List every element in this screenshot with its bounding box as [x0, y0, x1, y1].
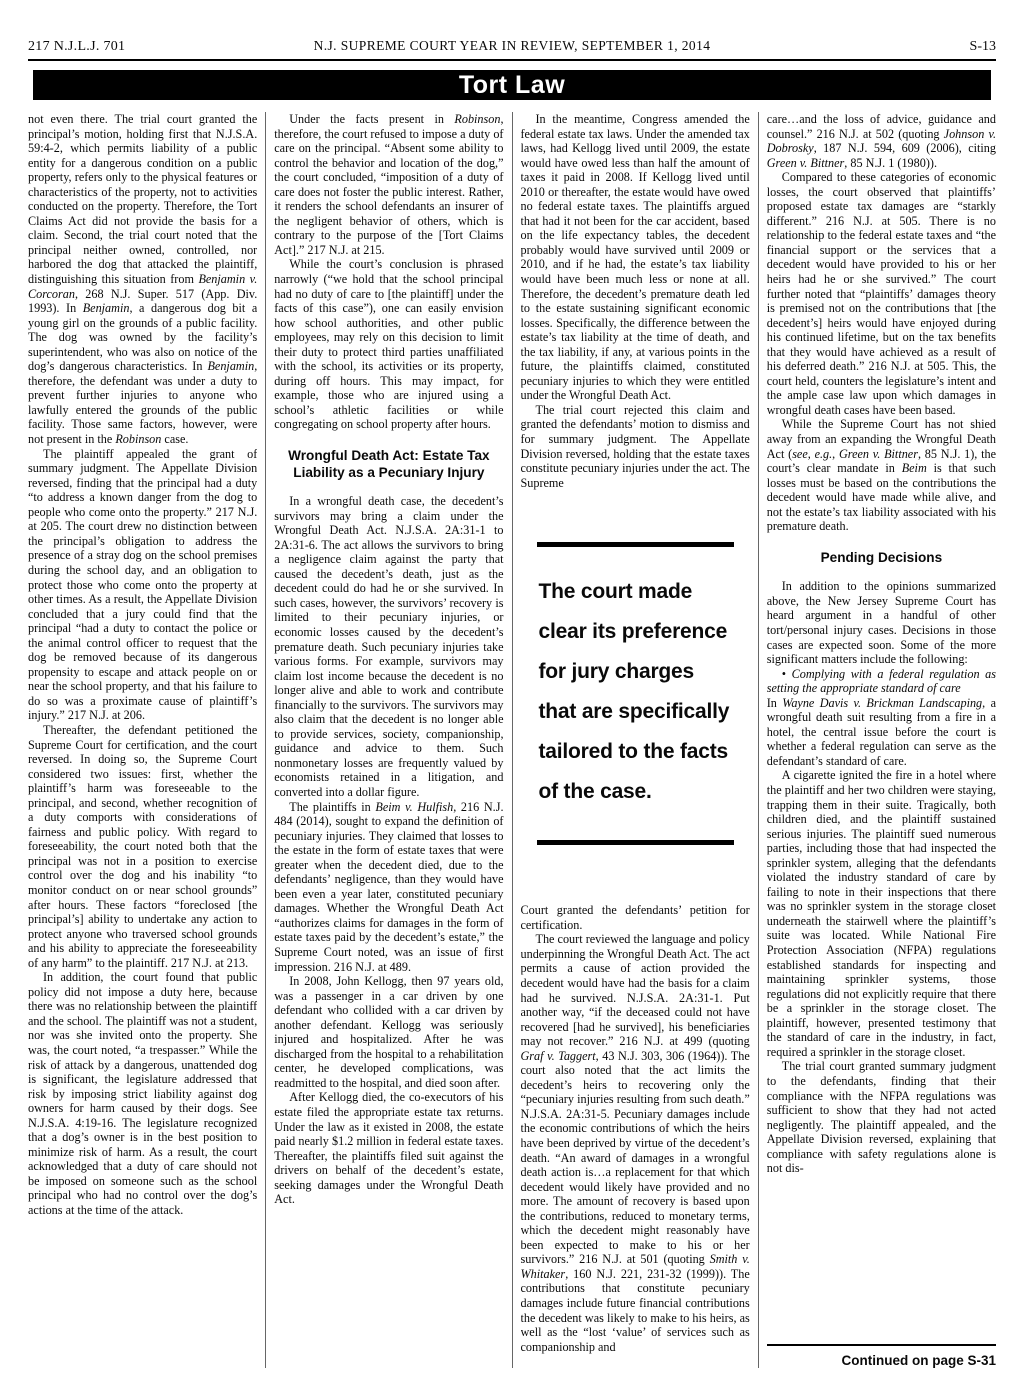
paragraph: In the meantime, Congress amended the fe… [521, 112, 750, 403]
paragraph: Compared to these categories of economic… [767, 170, 996, 417]
paragraph: Under the facts present in Robinson, the… [274, 112, 503, 257]
masthead: 217 N.J.L.J. 701 N.J. SUPREME COURT YEAR… [28, 38, 996, 61]
paragraph: The plaintiffs in Beim v. Hulfish, 216 N… [274, 800, 503, 975]
column-3: In the meantime, Congress amended the fe… [512, 112, 758, 1368]
paragraph: The trial court granted summary judgment… [767, 1059, 996, 1175]
paragraph: While the Supreme Court has not shied aw… [767, 417, 996, 533]
column-body: Under the facts present in Robinson, the… [274, 112, 503, 1368]
paragraph: The court reviewed the language and poli… [521, 932, 750, 1354]
column-4: care…and the loss of advice, guidance an… [758, 112, 996, 1368]
section-heading: Wrongful Death Act: Estate Tax Liability… [274, 448, 503, 481]
paragraph: A cigarette ignited the fire in a hotel … [767, 768, 996, 1059]
paragraph: not even there. The trial court granted … [28, 112, 257, 447]
masthead-citation: 217 N.J.L.J. 701 [28, 39, 228, 55]
column-1: not even there. The trial court granted … [28, 112, 265, 1368]
paragraph: care…and the loss of advice, guidance an… [767, 112, 996, 170]
paragraph: In 2008, John Kellogg, then 97 years old… [274, 974, 503, 1090]
column-2: Under the facts present in Robinson, the… [265, 112, 511, 1368]
paragraph: In addition to the opinions summarized a… [767, 579, 996, 666]
section-heading: Pending Decisions [767, 550, 996, 567]
article-columns: not even there. The trial court granted … [28, 112, 996, 1368]
paragraph: Thereafter, the defendant petitioned the… [28, 723, 257, 970]
paragraph: In addition, the court found that public… [28, 970, 257, 1217]
paragraph: In Wayne Davis v. Brickman Landscaping, … [767, 696, 996, 769]
column-body: care…and the loss of advice, guidance an… [767, 112, 996, 1336]
paragraph: Court granted the defendants’ petition f… [521, 903, 750, 932]
paragraph: The trial court rejected this claim and … [521, 403, 750, 490]
section-banner: Tort Law [33, 70, 991, 100]
masthead-title: N.J. SUPREME COURT YEAR IN REVIEW, SEPTE… [228, 38, 796, 54]
column-body: In the meantime, Congress amended the fe… [521, 112, 750, 1368]
pull-quote: The court made clear its preference for … [537, 542, 734, 845]
paragraph: • Complying with a federal regulation as… [767, 667, 996, 696]
paragraph: In a wrongful death case, the decedent’s… [274, 494, 503, 799]
paragraph: While the court’s conclusion is phrased … [274, 257, 503, 432]
newspaper-page: 217 N.J.L.J. 701 N.J. SUPREME COURT YEAR… [0, 0, 1024, 1396]
paragraph: After Kellogg died, the co-executors of … [274, 1090, 503, 1206]
paragraph: The plaintiff appealed the grant of summ… [28, 447, 257, 723]
continued-notice: Continued on page S-31 [767, 1344, 996, 1368]
column-body: not even there. The trial court granted … [28, 112, 257, 1368]
masthead-page-number: S-13 [796, 39, 996, 55]
